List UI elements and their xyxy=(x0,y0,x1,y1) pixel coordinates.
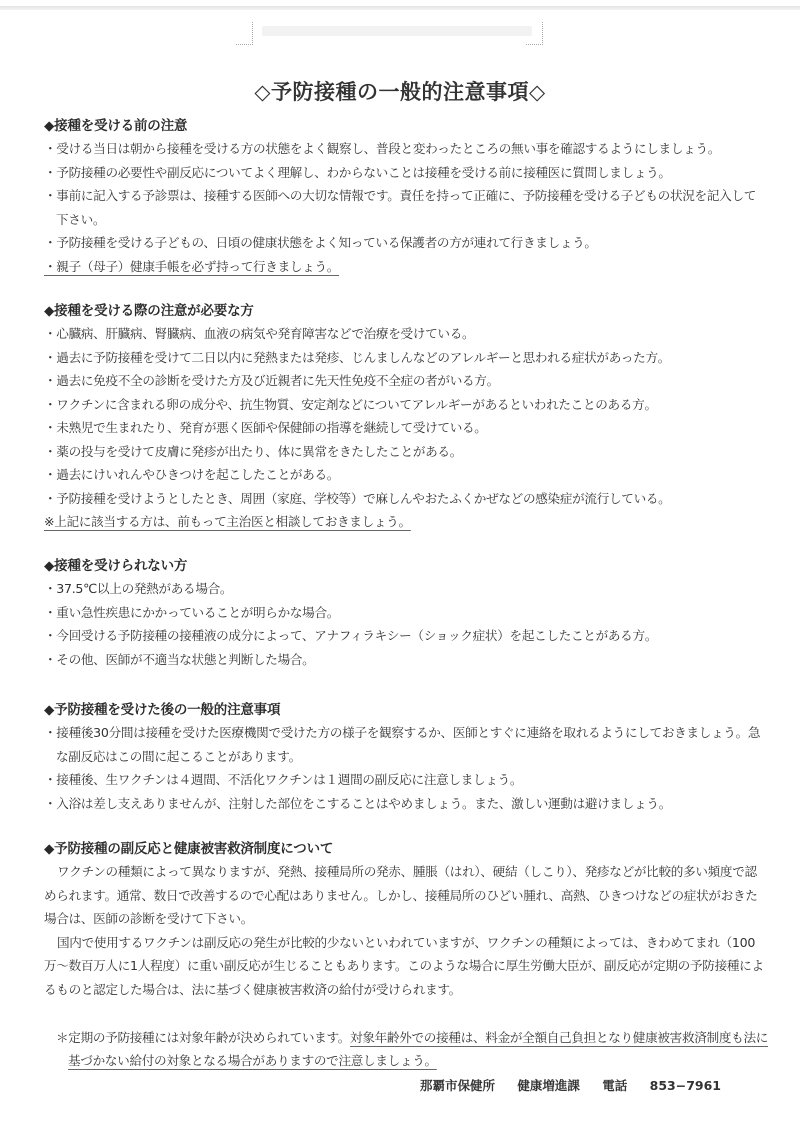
section-caution-required: ◆接種を受ける際の注意が必要な方 ・心臓病、肝臓病、腎臓病、血液の病気や発育障害… xyxy=(44,300,764,534)
section-after-vaccination: ◆予防接種を受けた後の一般的注意事項 ・接種後30分間は接種を受けた医療機関で受… xyxy=(44,699,764,815)
section-heading: ◆接種を受けられない方 xyxy=(44,555,764,577)
list-item: ・事前に記入する予診票は、接種する医師への大切な情報です。責任を持って正確に、予… xyxy=(44,184,764,231)
section-heading: ◆予防接種の副反応と健康被害救済制度について xyxy=(44,838,764,860)
list-item-underlined: ・親子（母子）健康手帳を必ず持って行きましょう。 xyxy=(44,259,339,274)
section-heading: ◆接種を受ける際の注意が必要な方 xyxy=(44,300,764,322)
section-heading: ◆予防接種を受けた後の一般的注意事項 xyxy=(44,699,764,721)
office-name: 那覇市保健所 xyxy=(420,1078,495,1093)
section-cannot-receive: ◆接種を受けられない方 ・37.5℃以上の発熱がある場合。 ・重い急性疾患にかか… xyxy=(44,555,764,671)
list-item: ・重い急性疾患にかかっていることが明らかな場合。 xyxy=(44,601,764,625)
list-item: ・過去に予防接種を受けて二日以内に発熱または発疹、じんましんなどのアレルギーと思… xyxy=(44,346,764,370)
show-through-text xyxy=(262,26,532,36)
department-name: 健康増進課 xyxy=(517,1078,580,1093)
show-through-mark-left xyxy=(236,22,253,45)
list-item: ・心臓病、肝臓病、腎臓病、血液の病気や発育障害などで治療を受けている。 xyxy=(44,322,764,346)
list-item: ・受ける当日は朝から接種を受ける方の状態をよく観察し、普段と変わったところの無い… xyxy=(44,137,764,161)
list-item: ・ワクチンに含まれる卵の成分や、抗生物質、安定剤などについてアレルギーがあるとい… xyxy=(44,393,764,417)
list-item: ・未熟児で生まれたり、発育が悪く医師や保健師の指導を継続して受けている。 xyxy=(44,416,764,440)
list-item: ・37.5℃以上の発熱がある場合。 xyxy=(44,577,764,601)
footnote-prefix: ＊定期の予防接種には対象年齢が決められています。 xyxy=(56,1030,350,1045)
list-item: ・予防接種を受けようとしたとき、周囲（家庭、学校等）で麻しんやおたふくかぜなどの… xyxy=(44,487,764,511)
section-before-vaccination: ◆接種を受ける前の注意 ・受ける当日は朝から接種を受ける方の状態をよく観察し、普… xyxy=(44,115,764,278)
list-item: ・入浴は差し支えありませんが、注射した部位をこすることはやめましょう。また、激し… xyxy=(44,792,764,816)
list-item: ・薬の投与を受けて皮膚に発疹が出たり、体に異常をきたしたことがある。 xyxy=(44,440,764,464)
section-heading: ◆接種を受ける前の注意 xyxy=(44,115,764,137)
list-item: ・接種後30分間は接種を受けた医療機関で受けた方の様子を観察するか、医師とすぐに… xyxy=(44,721,764,768)
footnote: ＊定期の予防接種には対象年齢が決められています。対象年齢外での接種は、料金が全額… xyxy=(56,1026,778,1072)
scan-edge-artifact xyxy=(0,6,800,10)
list-item: ・過去にけいれんやひきつけを起こしたことがある。 xyxy=(44,463,764,487)
section-side-effects-relief: ◆予防接種の副反応と健康被害救済制度について ワクチンの種類によって異なりますが… xyxy=(44,838,764,1001)
page-title: ◇予防接種の一般的注意事項◇ xyxy=(0,76,800,106)
consult-note: ※上記に該当する方は、前もって主治医と相談しておきましょう。 xyxy=(44,514,411,529)
phone-number: 853−7961 xyxy=(650,1078,721,1093)
list-item: ・その他、医師が不適当な状態と判断した場合。 xyxy=(44,648,764,672)
paragraph: ワクチンの種類によって異なりますが、発熱、接種局所の発赤、腫脹（はれ）、硬結（し… xyxy=(44,860,764,931)
list-item: ・今回受ける予防接種の接種液の成分によって、アナフィラキシー（ショック症状）を起… xyxy=(44,624,764,648)
phone-label: 電話 xyxy=(602,1078,627,1093)
paragraph: 国内で使用するワクチンは副反応の発生が比較的少ないといわれていますが、ワクチンの… xyxy=(44,931,764,1002)
list-item: ・過去に免疫不全の診断を受けた方及び近親者に先天性免疫不全症の者がいる方。 xyxy=(44,369,764,393)
list-item: ・予防接種を受ける子どもの、日頃の健康状態をよく知っている保護者の方が連れて行き… xyxy=(44,231,764,255)
list-item: ・予防接種の必要性や副反応についてよく理解し、わからないことは接種を受ける前に接… xyxy=(44,161,764,185)
list-item: ・接種後、生ワクチンは４週間、不活化ワクチンは１週間の副反応に注意しましょう。 xyxy=(44,768,764,792)
show-through-mark-right xyxy=(526,22,543,45)
contact-footer: 那覇市保健所 健康増進課 電話 853−7961 xyxy=(420,1076,733,1094)
